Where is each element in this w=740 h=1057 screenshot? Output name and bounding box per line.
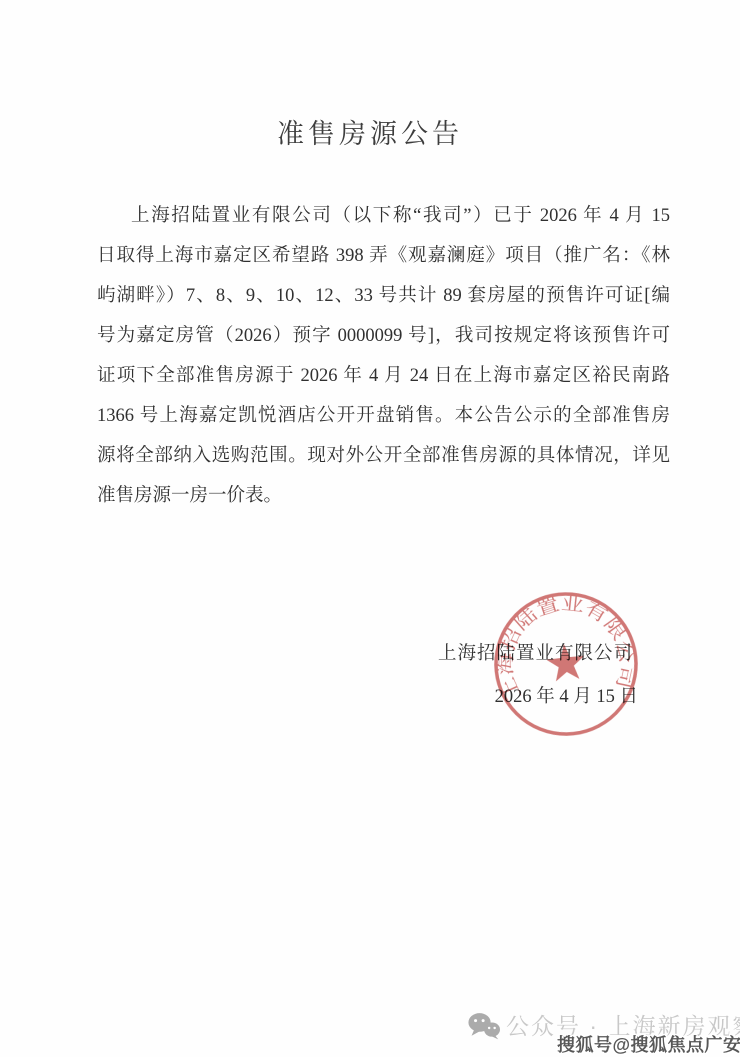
sohu-watermark-text: 搜狐号@搜狐焦点广安站: [557, 1031, 740, 1057]
body-line: 证项下全部准售房源于 2026 年 4 月 24 日在上海市嘉定区裕民南路: [97, 356, 670, 396]
page-title: 准售房源公告: [0, 117, 740, 151]
wechat-icon: [468, 1011, 500, 1041]
announcement-body: 上海招陆置业有限公司（以下称“我司”）已于 2026 年 4 月 15 日取得上…: [97, 196, 670, 516]
body-line: 上海招陆置业有限公司（以下称“我司”）已于 2026 年 4 月 15: [97, 196, 670, 236]
svg-text:上海招陆置业有限公司: 上海招陆置业有限公司: [487, 585, 640, 704]
company-seal: 上海招陆置业有限公司: [478, 576, 654, 752]
seal-arc-text: 上海招陆置业有限公司: [487, 585, 640, 704]
body-line: 号为嘉定房管（2026）预字 0000099 号]，我司按规定将该预售许可: [97, 316, 670, 356]
body-line: 源将全部纳入选购范围。现对外公开全部准售房源的具体情况，详见: [97, 436, 670, 476]
seal-star-icon: [545, 642, 587, 682]
announcement-page: 准售房源公告 上海招陆置业有限公司（以下称“我司”）已于 2026 年 4 月 …: [0, 0, 740, 1057]
body-line: 1366 号上海嘉定凯悦酒店公开开盘销售。本公告公示的全部准售房: [97, 396, 670, 436]
body-line: 屿湖畔》）7、8、9、10、12、33 号共计 89 套房屋的预售许可证[编: [97, 276, 670, 316]
body-line: 日取得上海市嘉定区希望路 398 弄《观嘉澜庭》项目（推广名：《林: [97, 236, 670, 276]
body-line: 准售房源一房一价表。: [97, 476, 670, 516]
